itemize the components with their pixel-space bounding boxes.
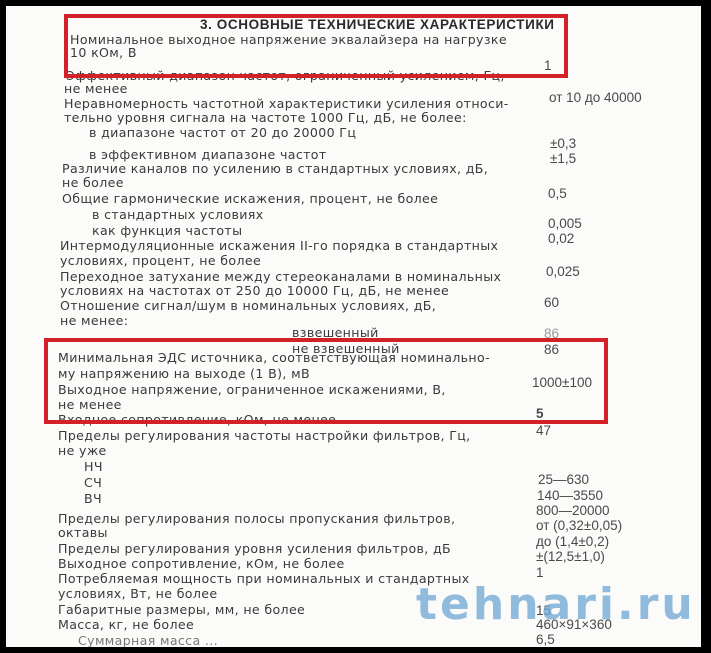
spec-line: ВЧ	[84, 492, 102, 506]
spec-line: не менее:	[60, 314, 128, 328]
spec-line: Масса, кг, не более	[58, 618, 194, 632]
spec-line: Пределы регулирования полосы пропускания…	[58, 512, 455, 526]
spec-value: от 10 до 40000	[549, 91, 642, 105]
spec-line: Неравномерность частотной характеристики…	[64, 97, 509, 111]
spec-line: в диапазоне частот от 20 до 20000 Гц	[89, 126, 356, 140]
spec-line: Пределы регулирования частоты настройки …	[58, 429, 471, 443]
spec-line: как функция частоты	[92, 224, 242, 238]
spec-line: тельно уровня сигнала на частоте 1000 Гц…	[64, 111, 467, 125]
spec-value: 0,5	[548, 187, 567, 201]
spec-value: 25—630	[538, 473, 589, 487]
watermark-logo: tehnari.ru	[416, 583, 696, 627]
spec-value: 6,5	[536, 633, 555, 647]
spec-value: 60	[544, 296, 559, 310]
spec-line: СЧ	[84, 476, 102, 490]
spec-line: условиях, Вт, не более	[58, 587, 217, 601]
spec-value: 0,005	[548, 217, 582, 231]
spec-value: 0,02	[548, 232, 574, 246]
spec-value: ±0,3	[550, 137, 576, 151]
spec-value: 1	[536, 566, 544, 580]
spec-line: Общие гармонические искажения, процент, …	[62, 192, 438, 206]
spec-line: не уже	[58, 444, 107, 458]
spec-value: до (1,4±0,2)	[536, 535, 609, 549]
spec-line: Выходное сопротивление, кОм, не более	[58, 557, 345, 571]
spec-line: в эффективном диапазоне частот	[89, 148, 327, 162]
spec-line: Интермодуляционные искажения II-го поряд…	[60, 239, 498, 253]
spec-line: не более	[62, 176, 124, 190]
spec-line: Суммарная масса ...	[78, 634, 218, 647]
spec-line: в стандартных условиях	[92, 208, 264, 222]
scanned-document-page: 3. ОСНОВНЫЕ ТЕХНИЧЕСКИЕ ХАРАКТЕРИСТИКИ Н…	[6, 6, 701, 647]
spec-line: условиях, процент, не более	[60, 254, 261, 268]
spec-line: октавы	[58, 526, 108, 540]
spec-line: Габаритные размеры, мм, не более	[58, 603, 305, 617]
spec-value: ±(12,5±1,0)	[536, 550, 605, 564]
spec-line: Отношение сигнал/шум в номинальных услов…	[60, 299, 436, 313]
spec-value: ±1,5	[550, 152, 576, 166]
spec-value: 140—3550	[537, 489, 603, 503]
spec-value: 0,025	[546, 265, 580, 279]
spec-line: не менее	[64, 82, 128, 96]
spec-line: Потребляемая мощность при номинальных и …	[58, 572, 470, 586]
spec-line: Различие каналов по усилению в стандартн…	[62, 162, 488, 176]
spec-line: Переходное затухание между стереоканалам…	[60, 270, 501, 284]
spec-value: 800—20000	[536, 504, 610, 518]
spec-line: НЧ	[84, 460, 103, 474]
highlight-box-output-voltage	[64, 14, 568, 78]
spec-value: от (0,32±0,05)	[536, 519, 622, 533]
spec-line: Пределы регулирования уровня усиления фи…	[58, 542, 451, 556]
spec-line: условиях на частотах от 250 до 10000 Гц,…	[60, 284, 449, 298]
spec-value: 47	[536, 424, 551, 438]
highlight-box-source-emf	[44, 338, 608, 424]
